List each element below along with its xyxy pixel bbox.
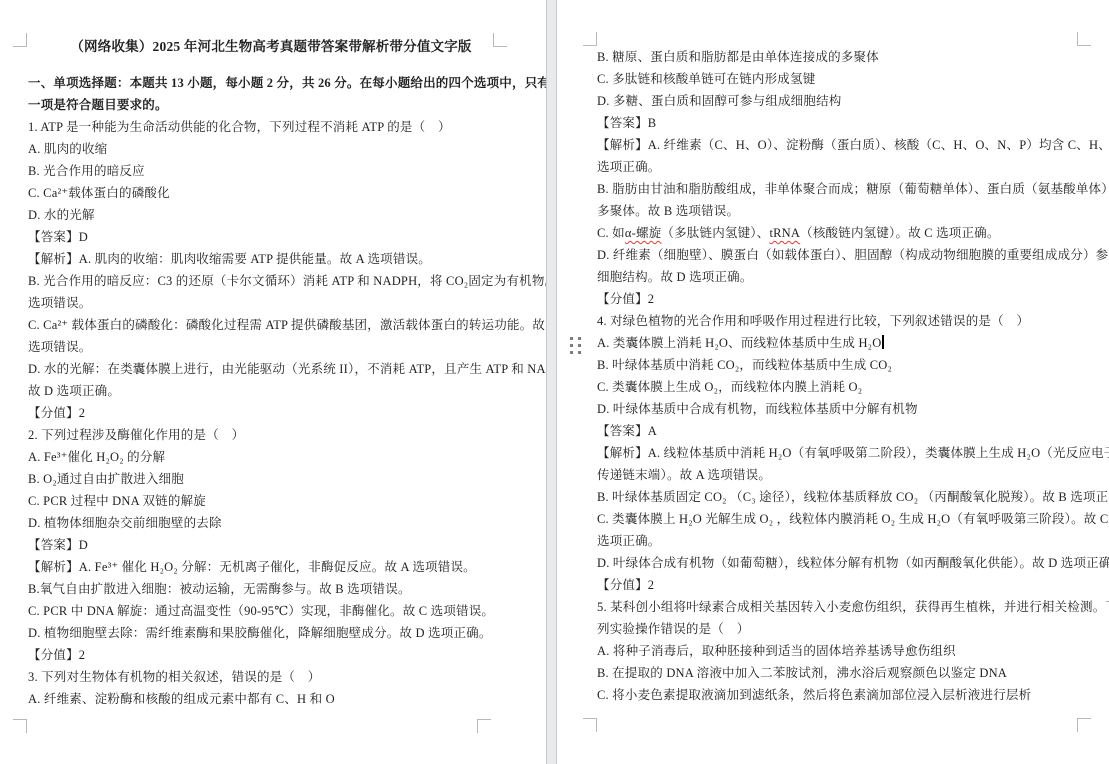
document-title: （网络收集）2025 年河北生物高考真题带答案带解析带分值文字版	[28, 36, 514, 58]
page-left-content: （网络收集）2025 年河北生物高考真题带答案带解析带分值文字版 一、单项选择题…	[28, 36, 514, 710]
text-line[interactable]: A. Fe³⁺催化 H₂O₂ 的分解	[28, 446, 514, 468]
text-line[interactable]: C. Ca²⁺载体蛋白的磷酸化	[28, 182, 514, 204]
text-line[interactable]: C. 将小麦色素提取液滴加到滤纸条，然后将色素滴加部位浸入层析液进行层析	[597, 684, 1085, 706]
text-line[interactable]: 选项错误。	[28, 336, 514, 358]
text-line[interactable]: 一、单项选择题：本题共 13 小题，每小题 2 分，共 26 分。在每小题给出的…	[28, 72, 514, 94]
text-line[interactable]: B. 光合作用的暗反应	[28, 160, 514, 182]
text-line[interactable]: B. 叶绿体基质固定 CO₂ （C₃ 途径），线粒体基质释放 CO₂ （丙酮酸氧…	[597, 486, 1085, 508]
text-line[interactable]: B. 脂肪由甘油和脂肪酸组成，非单体聚合而成；糖原（葡萄糖单体）、蛋白质（氨基酸…	[597, 178, 1085, 200]
text-line[interactable]: 选项正确。	[597, 156, 1085, 178]
text-line[interactable]: 【解析】A. Fe³⁺ 催化 H₂O₂ 分解：无机离子催化，非酶促反应。故 A …	[28, 556, 514, 578]
text-line[interactable]: C. 多肽链和核酸单链可在链内形成氢键	[597, 68, 1085, 90]
text-line[interactable]: 选项正确。	[597, 530, 1085, 552]
margin-corner-mark	[477, 719, 491, 733]
text-line[interactable]: 【分值】2	[28, 644, 514, 666]
text-line[interactable]: 【答案】D	[28, 534, 514, 556]
text-line[interactable]: 5. 某科创小组将叶绿素合成相关基因转入小麦愈伤组织，获得再生植株，并进行相关检…	[597, 596, 1085, 618]
page-right-text-lines[interactable]: B. 糖原、蛋白质和脂肪都是由单体连接成的多聚体C. 多肽链和核酸单链可在链内形…	[597, 46, 1085, 706]
text-line[interactable]: 4. 对绿色植物的光合作用和呼吸作用过程进行比较，下列叙述错误的是（ ）	[597, 310, 1085, 332]
margin-corner-mark	[583, 718, 597, 732]
margin-corner-mark	[13, 33, 27, 47]
text-line[interactable]: C. PCR 过程中 DNA 双链的解旋	[28, 490, 514, 512]
text-line[interactable]: D. 叶绿体合成有机物（如葡萄糖），线粒体分解有机物（如丙酮酸氧化供能）。故 D…	[597, 552, 1085, 574]
text-line[interactable]: 【解析】A. 线粒体基质中消耗 H₂O（有氧呼吸第二阶段），类囊体膜上生成 H₂…	[597, 442, 1085, 464]
spellcheck-underline: tRNA	[769, 226, 800, 240]
paragraph-drag-handle-icon[interactable]	[570, 337, 581, 354]
text-line[interactable]: A. 将种子消毒后，取种胚接种到适当的固体培养基诱导愈伤组织	[597, 640, 1085, 662]
spellcheck-underline: α-螺旋	[625, 226, 662, 240]
text-line[interactable]: B. 叶绿体基质中消耗 CO₂，而线粒体基质中生成 CO₂	[597, 354, 1085, 376]
text-line[interactable]: D. 多糖、蛋白质和固醇可参与组成细胞结构	[597, 90, 1085, 112]
text-line[interactable]: C. Ca²⁺ 载体蛋白的磷酸化：磷酸化过程需 ATP 提供磷酸基团，激活载体蛋…	[28, 314, 514, 336]
text-line[interactable]: 【分值】2	[28, 402, 514, 424]
text-line[interactable]: 3. 下列对生物体有机物的相关叙述，错误的是（ ）	[28, 666, 514, 688]
text-line[interactable]: 【答案】B	[597, 112, 1085, 134]
text-line[interactable]: 1. ATP 是一种能为生命活动供能的化合物，下列过程不消耗 ATP 的是（ ）	[28, 116, 514, 138]
document-page-right[interactable]: B. 糖原、蛋白质和脂肪都是由单体连接成的多聚体C. 多肽链和核酸单链可在链内形…	[557, 0, 1109, 764]
page-left-text-lines[interactable]: 一、单项选择题：本题共 13 小题，每小题 2 分，共 26 分。在每小题给出的…	[28, 72, 514, 710]
text-line[interactable]: 【分值】2	[597, 574, 1085, 596]
text-line[interactable]: 选项错误。	[28, 292, 514, 314]
text-line[interactable]: 一项是符合题目要求的。	[28, 94, 514, 116]
text-line[interactable]: B. 在提取的 DNA 溶液中加入二苯胺试剂，沸水浴后观察颜色以鉴定 DNA	[597, 662, 1085, 684]
text-line[interactable]: 传递链末端）。故 A 选项错误。	[597, 464, 1085, 486]
text-line[interactable]: C. 类囊体膜上 H₂O 光解生成 O₂ ，线粒体内膜消耗 O₂ 生成 H₂O（…	[597, 508, 1085, 530]
margin-corner-mark	[13, 719, 27, 733]
text-line[interactable]: B. O₂通过自由扩散进入细胞	[28, 468, 514, 490]
text-line[interactable]: D. 纤维素（细胞壁）、膜蛋白（如载体蛋白）、胆固醇（构成动物细胞膜的重要组成成…	[597, 244, 1085, 266]
text-line[interactable]: 【解析】A. 纤维素（C、H、O）、淀粉酶（蛋白质）、核酸（C、H、O、N、P）…	[597, 134, 1085, 156]
text-line[interactable]: 故 D 选项正确。	[28, 380, 514, 402]
text-line[interactable]: C. PCR 中 DNA 解旋：通过高温变性（90-95℃）实现，非酶催化。故 …	[28, 600, 514, 622]
text-line[interactable]: B.氧气自由扩散进入细胞：被动运输，无需酶参与。故 B 选项错误。	[28, 578, 514, 600]
text-line[interactable]: C. 如α-螺旋（多肽链内氢键）、tRNA（核酸链内氢键）。故 C 选项正确。	[597, 222, 1085, 244]
margin-corner-mark	[1077, 718, 1091, 732]
text-line[interactable]: D. 植物细胞壁去除：需纤维素酶和果胶酶催化，降解细胞壁成分。故 D 选项正确。	[28, 622, 514, 644]
text-line[interactable]: 【答案】A	[597, 420, 1085, 442]
text-line[interactable]: D. 水的光解	[28, 204, 514, 226]
text-line[interactable]: A. 肌肉的收缩	[28, 138, 514, 160]
margin-corner-mark	[583, 32, 597, 46]
text-line[interactable]: B. 光合作用的暗反应：C3 的还原（卡尔文循环）消耗 ATP 和 NADPH，…	[28, 270, 514, 292]
text-line[interactable]: 细胞结构。故 D 选项正确。	[597, 266, 1085, 288]
page-right-content: B. 糖原、蛋白质和脂肪都是由单体连接成的多聚体C. 多肽链和核酸单链可在链内形…	[597, 46, 1085, 706]
text-line[interactable]: 2. 下列过程涉及酶催化作用的是（ ）	[28, 424, 514, 446]
text-line[interactable]: 多聚体。故 B 选项错误。	[597, 200, 1085, 222]
text-cursor	[882, 335, 884, 349]
text-line[interactable]: D. 叶绿体基质中合成有机物，而线粒体基质中分解有机物	[597, 398, 1085, 420]
text-line[interactable]: C. 类囊体膜上生成 O₂，而线粒体内膜上消耗 O₂	[597, 376, 1085, 398]
page-gap-divider	[546, 0, 557, 764]
text-line[interactable]: A. 类囊体膜上消耗 H₂O、而线粒体基质中生成 H₂O	[597, 332, 1085, 354]
text-line[interactable]: 【解析】A. 肌肉的收缩：肌肉收缩需要 ATP 提供能量。故 A 选项错误。	[28, 248, 514, 270]
text-line[interactable]: 【分值】2	[597, 288, 1085, 310]
text-line[interactable]: 【答案】D	[28, 226, 514, 248]
text-line[interactable]: 列实验操作错误的是（ ）	[597, 618, 1085, 640]
text-line[interactable]: A. 纤维素、淀粉酶和核酸的组成元素中都有 C、H 和 O	[28, 688, 514, 710]
text-line[interactable]: D. 水的光解：在类囊体膜上进行，由光能驱动（光系统 II），不消耗 ATP，且…	[28, 358, 514, 380]
margin-corner-mark	[1077, 32, 1091, 46]
text-line[interactable]: B. 糖原、蛋白质和脂肪都是由单体连接成的多聚体	[597, 46, 1085, 68]
document-page-left[interactable]: （网络收集）2025 年河北生物高考真题带答案带解析带分值文字版 一、单项选择题…	[0, 0, 546, 764]
text-line[interactable]: D. 植物体细胞杂交前细胞壁的去除	[28, 512, 514, 534]
